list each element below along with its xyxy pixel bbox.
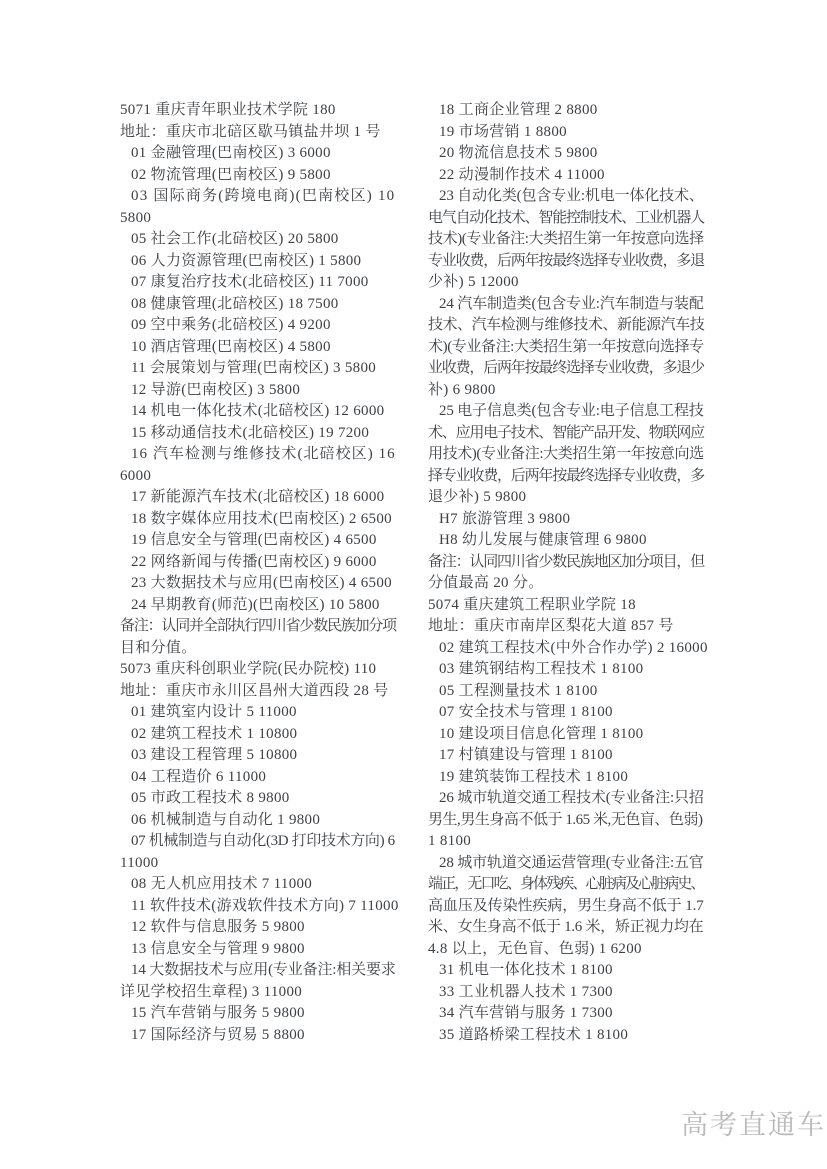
text-line: 02 建筑工程技术(中外合作办学) 2 16000 <box>428 638 710 660</box>
text-line-text: 用技术)(专业备注:大类招生第一年按意向选 <box>428 444 704 466</box>
text-line-text: 18 工商企业管理 2 8800 <box>439 100 598 122</box>
text-line-text: 26 城市轨道交通工程技术(专业备注:只招 <box>439 788 704 810</box>
text-line: 08 无人机应用技术 7 11000 <box>120 874 402 896</box>
text-line: 少补) 5 12000 <box>428 272 710 294</box>
text-line-text: 01 建筑室内设计 5 11000 <box>131 702 297 724</box>
text-line: 03 建设工程管理 5 10800 <box>120 745 402 767</box>
text-line: 05 社会工作(北碚校区) 20 5800 <box>120 229 402 251</box>
text-line-text: 23 大数据技术与应用(巴南校区) 4 6500 <box>131 573 392 595</box>
text-line-text: 地址：重庆市南岸区梨花大道 857 号 <box>428 616 674 638</box>
text-line: 24 汽车制造类(包含专业:汽车制造与装配 <box>428 294 710 316</box>
text-line-text: 电气自动化技术、智能控制技术、工业机器人 <box>428 208 704 230</box>
text-line: 22 动漫制作技术 4 11000 <box>428 165 710 187</box>
text-line: 地址：重庆市永川区昌州大道西段 28 号 <box>120 681 402 703</box>
text-line: 端正，无口吃、身体残疾、心脏病及心脏病史、 <box>428 874 710 896</box>
text-line: 14 大数据技术与应用(专业备注:相关要求 <box>120 960 402 982</box>
text-line: 5071 重庆青年职业技术学院 180 <box>120 100 402 122</box>
text-line-text: 28 城市轨道交通运营管理(专业备注:五官 <box>439 853 704 875</box>
text-columns: 5071 重庆青年职业技术学院 180地址：重庆市北碚区歇马镇盐井坝 1 号01… <box>120 100 710 1046</box>
text-line: 术)(专业备注:大类招生第一年按意向选择专 <box>428 337 710 359</box>
text-line: 08 健康管理(北碚校区) 18 7500 <box>120 294 402 316</box>
text-line-text: 14 大数据技术与应用(专业备注:相关要求 <box>131 960 396 982</box>
text-line-text: 15 移动通信技术(北碚校区) 19 7200 <box>131 423 369 445</box>
text-line-text: 05 市政工程技术 8 9800 <box>131 788 290 810</box>
text-line: 04 工程造价 6 11000 <box>120 767 402 789</box>
text-line: 23 自动化类(包含专业:机电一体化技术、 <box>428 186 710 208</box>
text-line-text: 退少补) 5 9800 <box>428 487 526 509</box>
text-line: 15 移动通信技术(北碚校区) 19 7200 <box>120 423 402 445</box>
text-line: 07 安全技术与管理 1 8100 <box>428 702 710 724</box>
text-line-text: 35 道路桥梁工程技术 1 8100 <box>439 1025 628 1047</box>
text-line-text: 09 空中乘务(北碚校区) 4 9200 <box>131 315 331 337</box>
text-line: 10 建设项目信息化管理 1 8100 <box>428 724 710 746</box>
text-line-text: 19 建筑装饰工程技术 1 8100 <box>439 767 628 789</box>
text-line-text: 补) 6 9800 <box>428 380 496 402</box>
text-line: 高血压及传染性疾病，男生身高不低于 1.7 <box>428 896 710 918</box>
text-line: 技术、汽车检测与维修技术、新能源汽车技 <box>428 315 710 337</box>
text-line-text: 米、女生身高不低于 1.6 米，矫正视力均在 <box>428 917 703 939</box>
text-line: 17 新能源汽车技术(北碚校区) 18 6000 <box>120 487 402 509</box>
text-line-text: 13 信息安全与管理 9 9800 <box>131 939 305 961</box>
text-line: 02 建筑工程技术 1 10800 <box>120 724 402 746</box>
text-line: 19 市场营销 1 8800 <box>428 122 710 144</box>
text-line: 16 汽车检测与维修技术(北碚校区) 16 <box>120 444 402 466</box>
text-line-text: 03 国际商务(跨境电商)(巴南校区) 10 <box>131 186 395 208</box>
text-line-text: 14 机电一体化技术(北碚校区) 12 6000 <box>131 401 384 423</box>
text-line: 10 酒店管理(巴南校区) 4 5800 <box>120 337 402 359</box>
text-line: 01 建筑室内设计 5 11000 <box>120 702 402 724</box>
text-line-text: 10 建设项目信息化管理 1 8100 <box>439 724 643 746</box>
text-line-text: 12 导游(巴南校区) 3 5800 <box>131 380 300 402</box>
text-line: 1 8100 <box>428 831 710 853</box>
text-line-text: 06 人力资源管理(巴南校区) 1 5800 <box>131 251 361 273</box>
text-line-text: 11 软件技术(游戏软件技术方向) 7 11000 <box>131 896 399 918</box>
text-line: 17 国际经济与贸易 5 8800 <box>120 1025 402 1047</box>
text-line: 目和分值。 <box>120 638 402 660</box>
text-line: 31 机电一体化技术 1 8100 <box>428 960 710 982</box>
text-line-text: 5071 重庆青年职业技术学院 180 <box>120 100 336 122</box>
text-line-text: 专业收费，后两年按最终选择专业收费，多退 <box>428 251 704 273</box>
text-line-text: H8 幼儿发展与健康管理 6 9800 <box>439 530 647 552</box>
text-line-text: 22 动漫制作技术 4 11000 <box>439 165 605 187</box>
text-line: 地址：重庆市北碚区歇马镇盐井坝 1 号 <box>120 122 402 144</box>
text-line: 择专业收费，后两年按最终选择专业收费，多 <box>428 466 710 488</box>
text-line-text: 术)(专业备注:大类招生第一年按意向选择专 <box>428 337 704 359</box>
text-line-text: 03 建设工程管理 5 10800 <box>131 745 297 767</box>
text-line: 业收费，后两年按最终选择专业收费，多退少 <box>428 358 710 380</box>
text-line: 11 软件技术(游戏软件技术方向) 7 11000 <box>120 896 402 918</box>
text-line-text: 4.8 以上，无色盲、色弱) 1 6200 <box>428 939 642 961</box>
document-page: 5071 重庆青年职业技术学院 180地址：重庆市北碚区歇马镇盐井坝 1 号01… <box>0 0 827 1169</box>
text-line: 23 大数据技术与应用(巴南校区) 4 6500 <box>120 573 402 595</box>
text-line-text: 术、应用电子技术、智能产品开发、物联网应 <box>428 423 704 445</box>
text-line-text: 33 工业机器人技术 1 7300 <box>439 982 613 1004</box>
text-line-text: 20 物流信息技术 5 9800 <box>439 143 598 165</box>
text-line: 专业收费，后两年按最终选择专业收费，多退 <box>428 251 710 273</box>
text-line: 分值最高 20 分。 <box>428 573 710 595</box>
text-line-text: 17 村镇建设与管理 1 8100 <box>439 745 613 767</box>
text-line: 06 人力资源管理(巴南校区) 1 5800 <box>120 251 402 273</box>
text-line-text: 备注：认同并全部执行四川省少数民族加分项 <box>120 616 396 638</box>
text-line: 备注：认同并全部执行四川省少数民族加分项 <box>120 616 402 638</box>
text-line-text: 高血压及传染性疾病，男生身高不低于 1.7 <box>428 896 704 918</box>
text-line-text: 24 汽车制造类(包含专业:汽车制造与装配 <box>439 294 704 316</box>
text-line: 05 工程测量技术 1 8100 <box>428 681 710 703</box>
text-line: 24 早期教育(师范)(巴南校区) 10 5800 <box>120 595 402 617</box>
text-line: 19 信息安全与管理(巴南校区) 4 6500 <box>120 530 402 552</box>
text-line-text: 02 建筑工程技术 1 10800 <box>131 724 297 746</box>
text-line: 35 道路桥梁工程技术 1 8100 <box>428 1025 710 1047</box>
text-line: 20 物流信息技术 5 9800 <box>428 143 710 165</box>
text-line-text: 07 机械制造与自动化(3D 打印技术方向) 6 <box>131 831 395 853</box>
text-line: 11 会展策划与管理(巴南校区) 3 5800 <box>120 358 402 380</box>
text-line-text: 05 社会工作(北碚校区) 20 5800 <box>131 229 339 251</box>
text-line-text: 12 软件与信息服务 5 9800 <box>131 917 305 939</box>
text-line-text: 19 信息安全与管理(巴南校区) 4 6500 <box>131 530 377 552</box>
text-line: 33 工业机器人技术 1 7300 <box>428 982 710 1004</box>
text-line: 26 城市轨道交通工程技术(专业备注:只招 <box>428 788 710 810</box>
text-line: 5073 重庆科创职业学院(民办院校) 110 <box>120 659 402 681</box>
text-line-text: 备注：认同四川省少数民族地区加分项目，但 <box>428 552 704 574</box>
text-line-text: H7 旅游管理 3 9800 <box>439 509 570 531</box>
text-line-text: 18 数字媒体应用技术(巴南校区) 2 6500 <box>131 509 392 531</box>
text-line-text: 5800 <box>120 208 151 230</box>
text-line-text: 目和分值。 <box>120 638 197 660</box>
text-line-text: 15 汽车营销与服务 5 9800 <box>131 1003 305 1025</box>
text-line-text: 06 机械制造与自动化 1 9800 <box>131 810 320 832</box>
text-line-text: 业收费，后两年按最终选择专业收费，多退少 <box>428 358 704 380</box>
text-line: 18 数字媒体应用技术(巴南校区) 2 6500 <box>120 509 402 531</box>
text-line: 男生,男生身高不低于 1.65 米,无色盲、色弱) <box>428 810 710 832</box>
text-line-text: 6000 <box>120 466 151 488</box>
text-line: 12 软件与信息服务 5 9800 <box>120 917 402 939</box>
text-line-text: 05 工程测量技术 1 8100 <box>439 681 598 703</box>
text-line-text: 10 酒店管理(巴南校区) 4 5800 <box>131 337 331 359</box>
watermark: 高考直通车 <box>681 1109 826 1141</box>
text-line-text: 男生,男生身高不低于 1.65 米,无色盲、色弱) <box>428 810 703 832</box>
text-line-text: 1 8100 <box>428 831 471 853</box>
text-line: 术、应用电子技术、智能产品开发、物联网应 <box>428 423 710 445</box>
text-line: 12 导游(巴南校区) 3 5800 <box>120 380 402 402</box>
text-line: 07 康复治疗技术(北碚校区) 11 7000 <box>120 272 402 294</box>
text-line-text: 分值最高 20 分。 <box>428 573 544 595</box>
text-line: 03 国际商务(跨境电商)(巴南校区) 10 <box>120 186 402 208</box>
text-line-text: 17 国际经济与贸易 5 8800 <box>131 1025 305 1047</box>
text-line-text: 11 会展策划与管理(巴南校区) 3 5800 <box>131 358 376 380</box>
text-line: 01 金融管理(巴南校区) 3 6000 <box>120 143 402 165</box>
text-line-text: 07 康复治疗技术(北碚校区) 11 7000 <box>131 272 369 294</box>
text-line: 02 物流管理(巴南校区) 9 5800 <box>120 165 402 187</box>
text-line: 14 机电一体化技术(北碚校区) 12 6000 <box>120 401 402 423</box>
text-line: 07 机械制造与自动化(3D 打印技术方向) 6 <box>120 831 402 853</box>
text-line: 28 城市轨道交通运营管理(专业备注:五官 <box>428 853 710 875</box>
text-line: 18 工商企业管理 2 8800 <box>428 100 710 122</box>
text-line-text: 地址：重庆市永川区昌州大道西段 28 号 <box>120 681 389 703</box>
text-line: 03 建筑钢结构工程技术 1 8100 <box>428 659 710 681</box>
text-line-text: 详见学校招生章程) 3 11000 <box>120 982 302 1004</box>
text-line-text: 31 机电一体化技术 1 8100 <box>439 960 613 982</box>
text-line-text: 11000 <box>120 853 158 875</box>
text-line: 技术)(专业备注:大类招生第一年按意向选择 <box>428 229 710 251</box>
text-line-text: 08 无人机应用技术 7 11000 <box>131 874 312 896</box>
text-line-text: 08 健康管理(北碚校区) 18 7500 <box>131 294 339 316</box>
text-line: 15 汽车营销与服务 5 9800 <box>120 1003 402 1025</box>
text-line: 11000 <box>120 853 402 875</box>
text-line: H8 幼儿发展与健康管理 6 9800 <box>428 530 710 552</box>
text-line-text: 端正，无口吃、身体残疾、心脏病及心脏病史、 <box>428 874 704 896</box>
text-line: 17 村镇建设与管理 1 8100 <box>428 745 710 767</box>
text-line: 用技术)(专业备注:大类招生第一年按意向选 <box>428 444 710 466</box>
text-line: 退少补) 5 9800 <box>428 487 710 509</box>
text-line-text: 03 建筑钢结构工程技术 1 8100 <box>439 659 643 681</box>
text-line: 25 电子信息类(包含专业:电子信息工程技 <box>428 401 710 423</box>
text-line: 地址：重庆市南岸区梨花大道 857 号 <box>428 616 710 638</box>
text-line-text: 01 金融管理(巴南校区) 3 6000 <box>131 143 331 165</box>
text-line-text: 24 早期教育(师范)(巴南校区) 10 5800 <box>131 595 380 617</box>
text-line-text: 22 网络新闻与传播(巴南校区) 9 6000 <box>131 552 377 574</box>
text-line-text: 25 电子信息类(包含专业:电子信息工程技 <box>439 401 704 423</box>
text-line: 备注：认同四川省少数民族地区加分项目，但 <box>428 552 710 574</box>
text-line-text: 择专业收费，后两年按最终选择专业收费，多 <box>428 466 704 488</box>
text-line: 05 市政工程技术 8 9800 <box>120 788 402 810</box>
text-line: 34 汽车营销与服务 1 7300 <box>428 1003 710 1025</box>
text-line-text: 地址：重庆市北碚区歇马镇盐井坝 1 号 <box>120 122 381 144</box>
text-line-text: 02 建筑工程技术(中外合作办学) 2 16000 <box>439 638 708 660</box>
text-line: 5074 重庆建筑工程职业学院 18 <box>428 595 710 617</box>
text-line-text: 16 汽车检测与维修技术(北碚校区) 16 <box>131 444 396 466</box>
text-line-text: 技术)(专业备注:大类招生第一年按意向选择 <box>428 229 704 251</box>
text-line: 19 建筑装饰工程技术 1 8100 <box>428 767 710 789</box>
text-line-text: 5073 重庆科创职业学院(民办院校) 110 <box>120 659 376 681</box>
left-column: 5071 重庆青年职业技术学院 180地址：重庆市北碚区歇马镇盐井坝 1 号01… <box>120 100 402 1046</box>
text-line-text: 17 新能源汽车技术(北碚校区) 18 6000 <box>131 487 384 509</box>
text-line-text: 04 工程造价 6 11000 <box>131 767 266 789</box>
text-line: 22 网络新闻与传播(巴南校区) 9 6000 <box>120 552 402 574</box>
text-line: 5800 <box>120 208 402 230</box>
text-line: 09 空中乘务(北碚校区) 4 9200 <box>120 315 402 337</box>
text-line: 6000 <box>120 466 402 488</box>
text-line-text: 5074 重庆建筑工程职业学院 18 <box>428 595 636 617</box>
text-line: 电气自动化技术、智能控制技术、工业机器人 <box>428 208 710 230</box>
right-column: 18 工商企业管理 2 880019 市场营销 1 880020 物流信息技术 … <box>428 100 710 1046</box>
text-line: 4.8 以上，无色盲、色弱) 1 6200 <box>428 939 710 961</box>
text-line-text: 少补) 5 12000 <box>428 272 519 294</box>
text-line: 06 机械制造与自动化 1 9800 <box>120 810 402 832</box>
text-line: 13 信息安全与管理 9 9800 <box>120 939 402 961</box>
text-line-text: 34 汽车营销与服务 1 7300 <box>439 1003 613 1025</box>
text-line-text: 07 安全技术与管理 1 8100 <box>439 702 613 724</box>
text-line-text: 02 物流管理(巴南校区) 9 5800 <box>131 165 331 187</box>
text-line-text: 技术、汽车检测与维修技术、新能源汽车技 <box>428 315 704 337</box>
text-line: 补) 6 9800 <box>428 380 710 402</box>
text-line: H7 旅游管理 3 9800 <box>428 509 710 531</box>
text-line-text: 23 自动化类(包含专业:机电一体化技术、 <box>439 186 704 208</box>
text-line: 米、女生身高不低于 1.6 米，矫正视力均在 <box>428 917 710 939</box>
text-line-text: 19 市场营销 1 8800 <box>439 122 567 144</box>
text-line: 详见学校招生章程) 3 11000 <box>120 982 402 1004</box>
